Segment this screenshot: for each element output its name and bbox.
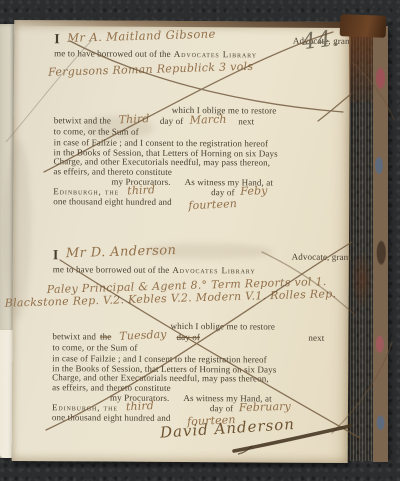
thousand-text: one thousand eight hundred and	[53, 197, 172, 207]
handwritten-return-day: Third	[119, 114, 150, 125]
printed-initial: I	[54, 35, 60, 45]
entry-opening-line: I Advocate, grant Mr D. Anderson	[53, 251, 351, 262]
handwritten-signing-day: third	[127, 185, 155, 196]
handwritten-return-day: Tuesday	[119, 330, 167, 342]
handwritten-signing-month: February	[239, 402, 291, 413]
borrowed-text: me to have borrowed out of the	[54, 49, 171, 59]
handwritten-signing-month: Feby	[240, 186, 268, 196]
library-name: Advocates Library	[172, 266, 255, 276]
handwritten-borrower-name: Mr D. Anderson	[66, 246, 177, 259]
struck-the-text: the	[100, 333, 111, 343]
handwritten-book-titles: Fergusons Roman Republick 3 vols	[48, 60, 254, 79]
day-of-text: day of	[160, 117, 184, 127]
borrowing-entry-2: I Advocate, grant Mr D. Anderson me to h…	[52, 251, 351, 453]
handwritten-borrower-name: Mr A. Maitland Gibsone	[67, 30, 216, 44]
borrowing-entry-1: I Advocate, grant Mr A. Maitland Gibsone…	[53, 35, 352, 237]
printed-initial: I	[53, 251, 59, 261]
fore-edge-stain	[351, 250, 373, 310]
leather-corner	[340, 14, 387, 38]
ink-bleedthrough	[5, 140, 32, 320]
handwritten-return-month: March	[189, 115, 226, 126]
handwritten-year: fourteen	[188, 199, 237, 211]
struck-day-of-text: day of	[177, 333, 201, 343]
handwritten-signing-day: third	[126, 401, 154, 412]
year-line: one thousand eight hundred and fourteen	[53, 196, 351, 208]
ledger-page: I Advocate, grant Mr A. Maitland Gibsone…	[12, 20, 351, 463]
marbled-cover-edge	[373, 26, 388, 462]
next-text: next	[238, 117, 254, 127]
borrowed-text: me to have borrowed out of the	[53, 265, 170, 275]
betwixt-text: betwixt and	[52, 332, 96, 342]
next-text: next	[308, 334, 324, 344]
pencil-page-number: 44.	[301, 26, 342, 55]
scanned-ledger-photo: I Advocate, grant Mr A. Maitland Gibsone…	[0, 0, 400, 481]
printed-grant-suffix: Advocate, grant	[292, 253, 351, 263]
thousand-text: one thousand eight hundred and	[52, 413, 171, 423]
betwixt-text: betwixt and the	[54, 116, 111, 126]
library-name: Advocates Library	[174, 50, 257, 60]
